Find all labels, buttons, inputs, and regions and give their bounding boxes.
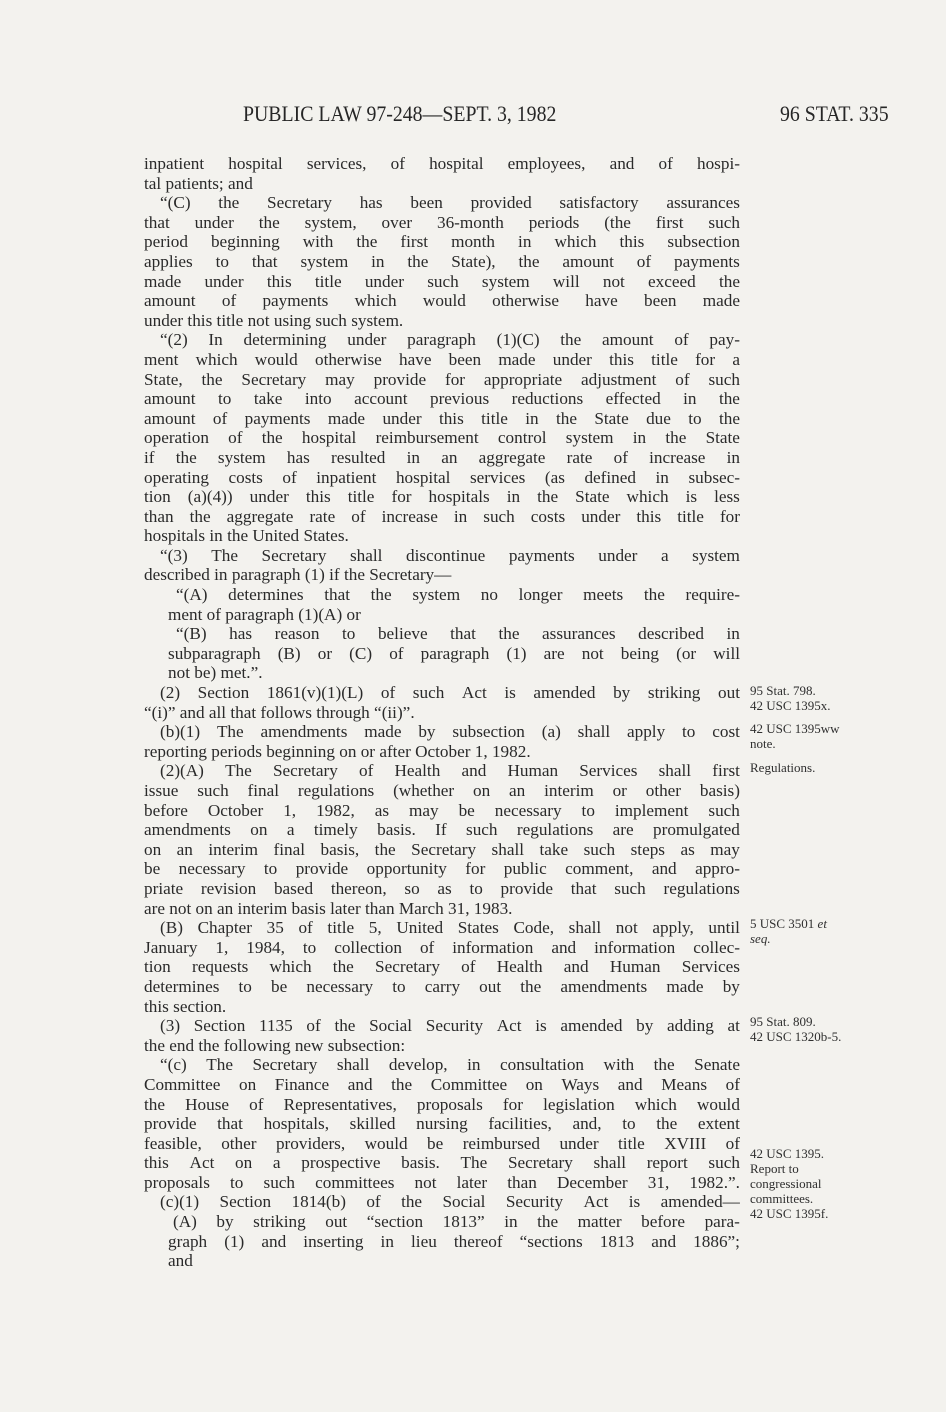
statute-body-text: inpatienthospitalservices,ofhospitalempl…	[144, 154, 740, 1271]
text-line: operationofthehospitalreimbursementcontr…	[144, 428, 740, 448]
text-line: (B)Chapter35oftitle5,UnitedStatesCode,sh…	[144, 918, 740, 938]
text-line: January1,1984,tocollectionofinformationa…	[144, 938, 740, 958]
margin-note: 95 Stat. 809.42 USC 1320b-5.	[750, 1014, 900, 1044]
margin-note: 42 USC 1395.Report tocongressionalcommit…	[750, 1146, 900, 1221]
text-line: under this title not using such system.	[144, 311, 740, 331]
text-line: amendmentsonatimelybasis.Ifsuchregulatio…	[144, 820, 740, 840]
text-line: tionrequestswhichtheSecretaryofHealthand…	[144, 957, 740, 977]
text-line: (b)(1)Theamendmentsmadebysubsection(a)sh…	[144, 722, 740, 742]
text-line: (3)Section1135oftheSocialSecurityActisam…	[144, 1016, 740, 1036]
text-line: “(c)TheSecretaryshalldevelop,inconsultat…	[144, 1055, 740, 1075]
text-line: ifthesystemhasresultedinanaggregaterateo…	[144, 448, 740, 468]
text-line: “(B)hasreasontobelievethattheassurancesd…	[144, 624, 740, 644]
text-line: reporting periods beginning on or after …	[144, 742, 740, 762]
text-line: benecessarytoprovideopportunityforpublic…	[144, 859, 740, 879]
margin-note-line: Report to	[750, 1161, 900, 1176]
text-line: the end the following new subsection:	[144, 1036, 740, 1056]
margin-note: 42 USC 1395wwnote.	[750, 721, 900, 751]
text-line: “(i)” and all that follows through “(ii)…	[144, 703, 740, 723]
text-line: tal patients; and	[144, 174, 740, 194]
text-line: onaninterimfinalbasis,theSecretaryshallt…	[144, 840, 740, 860]
margin-note-line: 42 USC 1395f.	[750, 1206, 900, 1221]
text-line: priaterevisionbasedthereon,soastoprovide…	[144, 879, 740, 899]
margin-note-line: 5 USC 3501 et	[750, 916, 900, 931]
text-line: thatunderthesystem,over36-monthperiods(t…	[144, 213, 740, 233]
text-line: described in paragraph (1) if the Secret…	[144, 565, 740, 585]
text-line: amountofpaymentsmadeunderthistitleintheS…	[144, 409, 740, 429]
text-line: feasible,otherproviders,wouldbereimburse…	[144, 1134, 740, 1154]
text-line: (c)(1)Section1814(b)oftheSocialSecurityA…	[144, 1192, 740, 1212]
text-line: ment of paragraph (1)(A) or	[144, 605, 740, 625]
page-header-stat-ref: 96 STAT. 335	[780, 101, 889, 127]
margin-note: 5 USC 3501 etseq.	[750, 916, 900, 946]
margin-note: 95 Stat. 798.42 USC 1395x.	[750, 683, 900, 713]
text-line: subparagraph(B)or(C)ofparagraph(1)arenot…	[144, 644, 740, 664]
margin-note-line: 95 Stat. 809.	[750, 1014, 900, 1029]
text-line: not be) met.”.	[144, 663, 740, 683]
text-line: graph(1)andinsertinginlieuthereof“sectio…	[144, 1232, 740, 1252]
text-line: issuesuchfinalregulations(whetheronanint…	[144, 781, 740, 801]
text-line: “(3)TheSecretaryshalldiscontinuepayments…	[144, 546, 740, 566]
text-line: this section.	[144, 997, 740, 1017]
text-line: CommitteeonFinanceandtheCommitteeonWaysa…	[144, 1075, 740, 1095]
document-page: PUBLIC LAW 97-248—SEPT. 3, 1982 96 STAT.…	[0, 0, 946, 1412]
text-line: (A)bystrikingout“section1813”inthematter…	[144, 1212, 740, 1232]
text-line: operatingcostsofinpatienthospitalservice…	[144, 468, 740, 488]
text-line: theHouseofRepresentatives,proposalsforle…	[144, 1095, 740, 1115]
text-line: hospitals in the United States.	[144, 526, 740, 546]
text-line: (2)Section1861(v)(1)(L)ofsuchActisamende…	[144, 683, 740, 703]
text-line: inpatienthospitalservices,ofhospitalempl…	[144, 154, 740, 174]
text-line: “(C)theSecretaryhasbeenprovidedsatisfact…	[144, 193, 740, 213]
text-line: amountofpaymentswhichwouldotherwisehaveb…	[144, 291, 740, 311]
text-line: are not on an interim basis later than M…	[144, 899, 740, 919]
margin-note-line: note.	[750, 736, 900, 751]
text-line: (2)(A)TheSecretaryofHealthandHumanServic…	[144, 761, 740, 781]
text-line: “(2)Indeterminingunderparagraph(1)(C)the…	[144, 330, 740, 350]
text-line: amounttotakeintoaccountpreviousreduction…	[144, 389, 740, 409]
margin-note-line: 42 USC 1395x.	[750, 698, 900, 713]
margin-note-line: 95 Stat. 798.	[750, 683, 900, 698]
text-line: “(A)determinesthatthesystemnolongermeets…	[144, 585, 740, 605]
margin-note-line: 42 USC 1395ww	[750, 721, 900, 736]
margin-note-line: 42 USC 1320b-5.	[750, 1029, 900, 1044]
text-line: madeunderthistitleundersuchsystemwillnot…	[144, 272, 740, 292]
text-line: thisActonaprospectivebasis.TheSecretarys…	[144, 1153, 740, 1173]
text-line: periodbeginningwiththefirstmonthinwhicht…	[144, 232, 740, 252]
text-line: thantheaggregaterateofincreaseinsuchcost…	[144, 507, 740, 527]
text-line: providethathospitals,skillednursingfacil…	[144, 1114, 740, 1134]
text-line: mentwhichwouldotherwisehavebeenmadeunder…	[144, 350, 740, 370]
margin-note: Regulations.	[750, 760, 900, 775]
margin-note-line: seq.	[750, 931, 900, 946]
text-line: beforeOctober1,1982,asmaybenecessarytoim…	[144, 801, 740, 821]
text-line: and	[144, 1251, 740, 1271]
text-line: proposalstosuchcommitteesnotlaterthanDec…	[144, 1173, 740, 1193]
text-line: State,theSecretarymayprovideforappropria…	[144, 370, 740, 390]
margin-note-line: Regulations.	[750, 760, 900, 775]
text-line: determinestobenecessarytocarryouttheamen…	[144, 977, 740, 997]
text-line: appliestothatsystemintheState),theamount…	[144, 252, 740, 272]
text-line: tion(a)(4))underthistitleforhospitalsint…	[144, 487, 740, 507]
margin-note-line: congressional	[750, 1176, 900, 1191]
page-header-title: PUBLIC LAW 97-248—SEPT. 3, 1982	[243, 101, 556, 127]
margin-note-line: 42 USC 1395.	[750, 1146, 900, 1161]
margin-note-line: committees.	[750, 1191, 900, 1206]
